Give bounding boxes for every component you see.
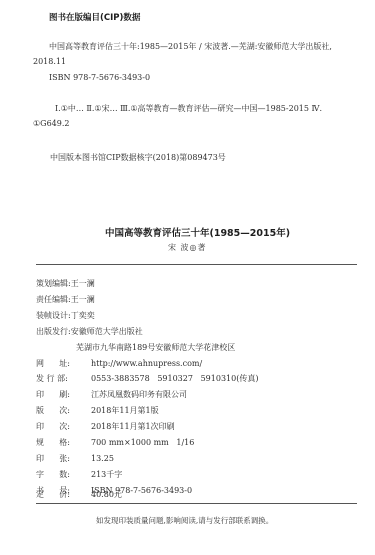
info-value: 芜湖市九华南路189号安徽师范大学花津校区	[76, 343, 235, 352]
info-label: 规 格:	[36, 437, 91, 448]
cip-date-line: 2018.11	[33, 57, 66, 66]
info-row-sheets: 印 张:13.25	[36, 453, 114, 464]
info-row-printing: 印 次:2018年11月第1次印刷	[36, 421, 175, 432]
info-value: 王一澜	[71, 279, 95, 288]
cip-verification-line: 中国版本图书馆CIP数据核字(2018)第089473号	[50, 152, 226, 163]
info-value: 213千字	[91, 470, 122, 479]
book-title: 中国高等教育评估三十年(1985—2015年)	[105, 225, 290, 239]
info-value: http://www.ahnupress.com/	[91, 359, 202, 368]
info-row-publisher: 出版发行:安徽师范大学出版社	[36, 326, 143, 337]
info-row-edition: 版 次:2018年11月第1版	[36, 405, 159, 416]
info-label: 字 数:	[36, 469, 91, 480]
info-row-website: 网 址:http://www.ahnupress.com/	[36, 358, 202, 369]
info-row-distribution-phone: 发 行 部:0553-3883578 5910327 5910310(传真)	[36, 373, 258, 384]
divider-top	[36, 264, 357, 265]
book-author: 宋 波◎著	[168, 242, 207, 253]
info-row-price: 定 价:40.80元	[36, 489, 122, 500]
quality-notice: 如发现印装质量问题,影响阅读,请与发行部联系调换。	[96, 515, 273, 526]
info-row-format: 规 格:700 mm×1000 mm 1/16	[36, 437, 194, 448]
info-label: 发 行 部:	[36, 373, 91, 384]
info-label: 网 址:	[36, 358, 91, 369]
info-label: 策划编辑:	[36, 279, 71, 288]
info-value: 丁奕奕	[71, 311, 95, 320]
info-label: 装帧设计:	[36, 311, 71, 320]
divider-bottom	[36, 503, 357, 504]
cip-title-line: 中国高等教育评估三十年:1985—2015年 / 宋波著.—芜湖:安徽师范大学出…	[49, 41, 332, 52]
info-row-address: 芜湖市九华南路189号安徽师范大学花津校区	[76, 342, 235, 353]
info-row-cover-design: 装帧设计:丁奕奕	[36, 310, 95, 321]
info-label: 定 价:	[36, 489, 91, 500]
cip-classification-line: ①G649.2	[33, 119, 69, 128]
info-row-printer: 印 刷:江苏凤凰数码印务有限公司	[36, 389, 187, 400]
info-label: 出版发行:	[36, 327, 71, 336]
info-row-planning-editor: 策划编辑:王一澜	[36, 278, 95, 289]
cip-subject-line: Ⅰ.①中… Ⅱ.①宋… Ⅲ.①高等教育—教育评估—研究—中国—1985-2015…	[55, 103, 322, 114]
info-value: 40.80元	[91, 490, 122, 499]
info-value: 安徽师范大学出版社	[71, 327, 143, 336]
info-value: 700 mm×1000 mm 1/16	[91, 438, 194, 447]
info-row-responsible-editor: 责任编辑:王一澜	[36, 294, 95, 305]
cip-heading: 图书在版编目(CIP)数据	[49, 11, 140, 23]
info-value: 2018年11月第1版	[91, 406, 159, 415]
info-label: 印 次:	[36, 421, 91, 432]
info-row-word-count: 字 数:213千字	[36, 469, 122, 480]
info-label: 印 刷:	[36, 389, 91, 400]
info-value: 13.25	[91, 454, 114, 463]
cip-isbn-line: ISBN 978-7-5676-3493-0	[49, 73, 150, 82]
info-value: 江苏凤凰数码印务有限公司	[91, 390, 187, 399]
info-label: 责任编辑:	[36, 295, 71, 304]
info-value: 0553-3883578 5910327 5910310(传真)	[91, 374, 258, 383]
info-value: 王一澜	[71, 295, 95, 304]
info-value: 2018年11月第1次印刷	[91, 422, 175, 431]
info-label: 印 张:	[36, 453, 91, 464]
info-label: 版 次:	[36, 405, 91, 416]
